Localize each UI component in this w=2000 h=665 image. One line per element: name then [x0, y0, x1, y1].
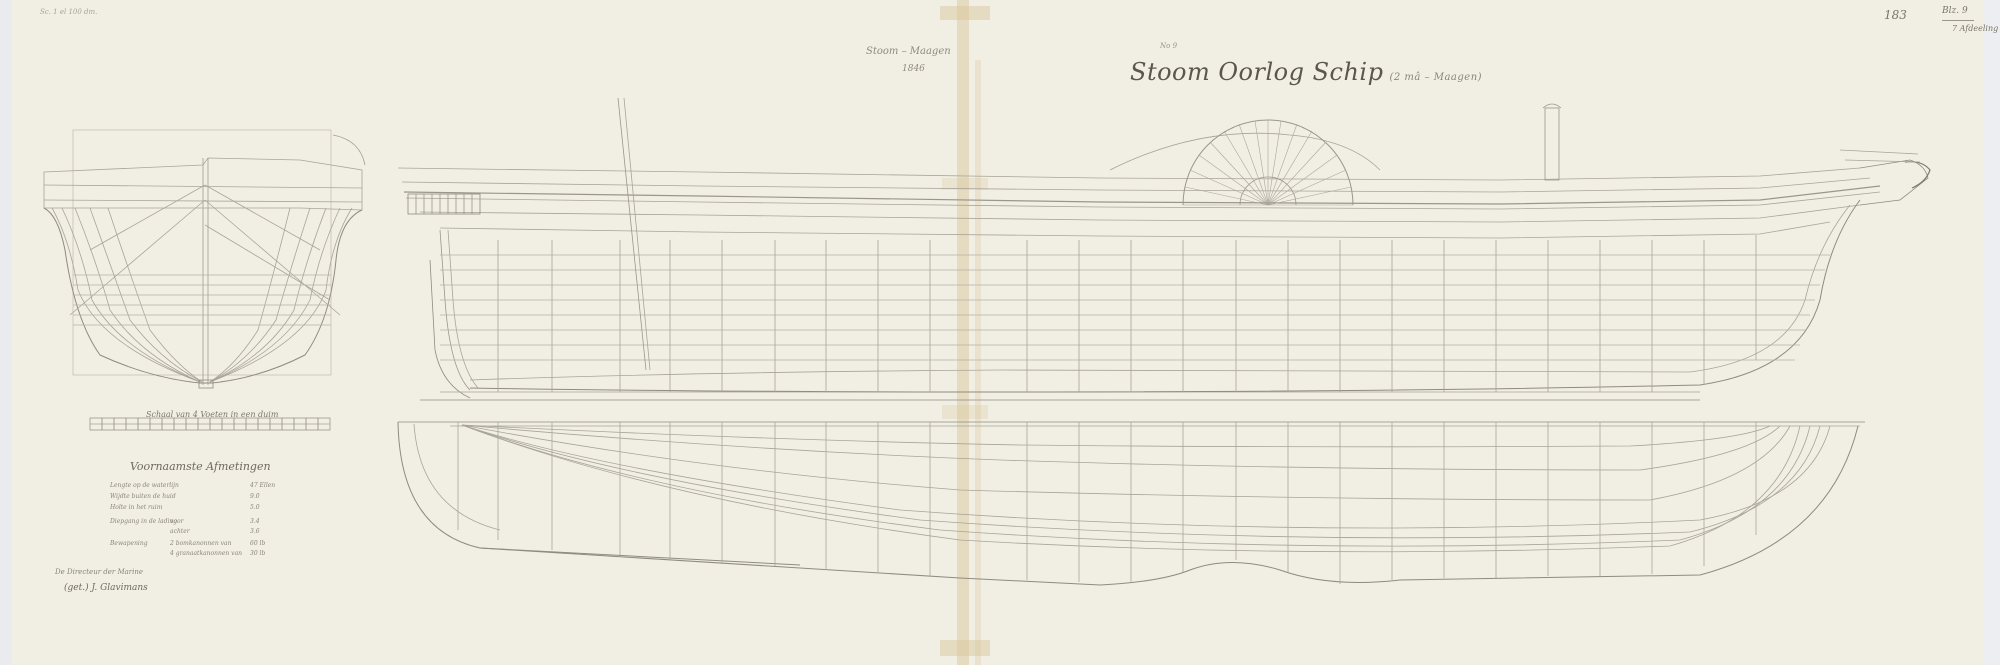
dimension-label: Holte in het ruim: [110, 504, 162, 511]
dimension-sub: 4 granaatkanonnen van: [170, 550, 242, 557]
drawing-title-text: Stoom Oorlog Schip: [1130, 58, 1383, 86]
paddle-wheel: [1183, 120, 1353, 205]
dimension-sub: achter: [170, 528, 190, 535]
body-plan: [44, 130, 365, 388]
dimension-value: 9.0: [250, 493, 260, 500]
dimension-label: Bewapening: [110, 540, 148, 547]
scale-bar: [90, 418, 330, 430]
dimension-value: 3.6: [250, 528, 260, 535]
dimension-sub: 2 bomkanonnen van: [170, 540, 231, 547]
top-note-name: Stoom – Maagen: [866, 46, 951, 57]
drawing-title-parenthetical: (2 mâ – Maagen): [1389, 72, 1482, 83]
drawing-title: Stoom Oorlog Schip(2 mâ – Maagen): [1130, 58, 1482, 86]
dimension-row: 4 granaatkanonnen van 30 lb: [110, 550, 340, 562]
dimension-label: Lengte op de waterlijn: [110, 482, 179, 489]
sheer-plan: [398, 98, 1930, 400]
top-note-year: 1846: [902, 64, 925, 74]
scale-caption: Schaal van 4 Voeten in een duim: [146, 410, 278, 419]
dimension-value: 60 lb: [250, 540, 265, 547]
drawing-number: No 9: [1160, 42, 1177, 50]
dimension-label: Diepgang in de lading: [110, 518, 177, 525]
dimension-sub: voor: [170, 518, 183, 525]
dimension-value: 3.4: [250, 518, 260, 525]
half-breadth-plan: [398, 422, 1865, 585]
dimension-value: 30 lb: [250, 550, 265, 557]
corner-divider: [1942, 20, 1974, 21]
dimension-value: 5.0: [250, 504, 260, 511]
ship-plan-drawing: [0, 0, 2000, 665]
dimension-row: achter 3.6: [110, 528, 340, 540]
dimensions-title: Voornaamste Afmetingen: [130, 460, 271, 473]
signature-name: (get.) J. Glavimans: [64, 583, 148, 593]
signature-title: De Directeur der Marine: [55, 568, 143, 576]
corner-note-top-left: Sc. 1 el 100 dm.: [40, 8, 97, 16]
dimension-value: 47 Ellen: [250, 482, 275, 489]
dimension-row: Holte in het ruim 5.0: [110, 504, 340, 516]
corner-note-right-2: 7 Afdeeling: [1952, 24, 1998, 33]
corner-note-right-1: Blz. 9: [1942, 6, 1968, 16]
dimension-label: Wijdte buiten de huid: [110, 493, 176, 500]
archive-number: 183: [1884, 8, 1907, 22]
